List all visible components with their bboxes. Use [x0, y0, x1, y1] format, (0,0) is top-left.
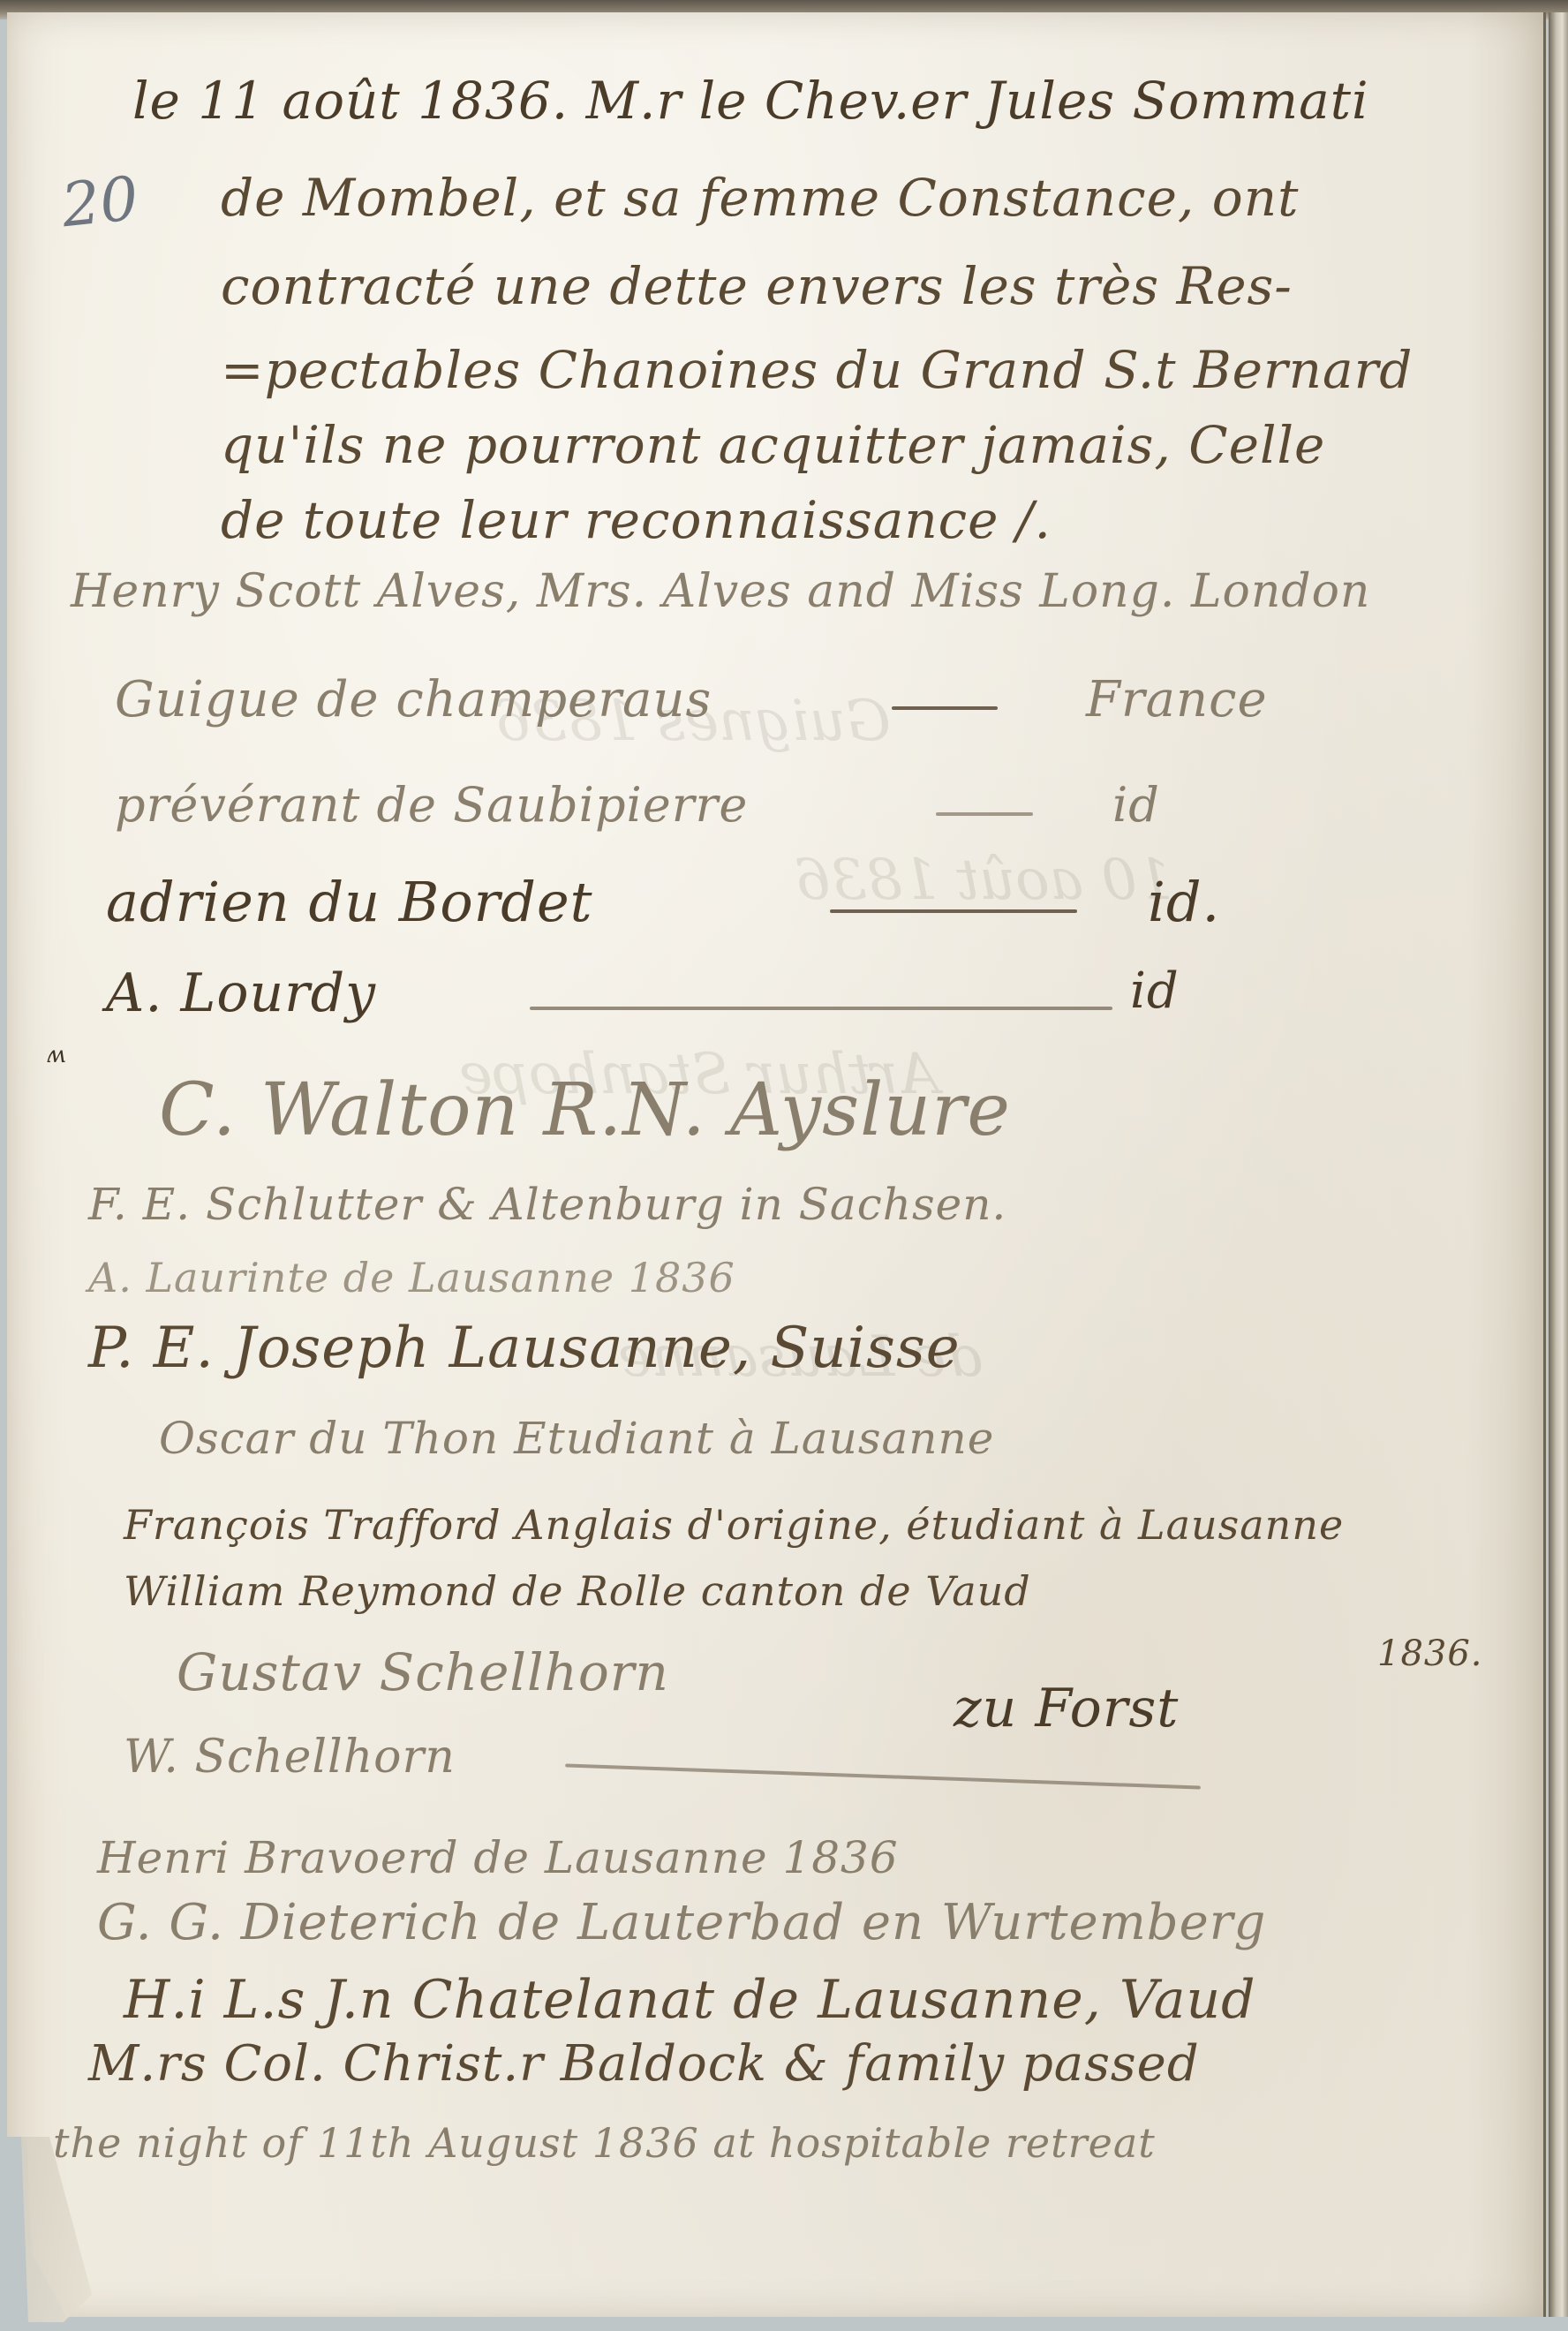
- entry-line: de Mombel, et sa femme Constance, ont: [221, 168, 1299, 228]
- book-spine: [1549, 12, 1568, 2317]
- ditto-dash: [936, 812, 1033, 816]
- entry-line: William Reymond de Rolle canton de Vaud: [124, 1567, 1031, 1615]
- entry-country: id.: [1148, 870, 1220, 934]
- entry-line: Gustav Schellhorn: [177, 1642, 669, 1702]
- entry-line: prévérant de Saubipierre: [115, 777, 748, 833]
- entry-line: M.rs Col. Christ.r Baldock & family pass…: [88, 2035, 1200, 2093]
- entry-line: qu'ils ne pourront acquitter jamais, Cel…: [221, 415, 1325, 475]
- entry-line: adrien du Bordet: [106, 870, 593, 934]
- entry-line: François Trafford Anglais d'origine, étu…: [124, 1501, 1344, 1549]
- entry-line: Henri Bravoerd de Lausanne 1836: [97, 1832, 899, 1883]
- entry-country: id: [1130, 962, 1180, 1020]
- entry-line: H.i L.s J.n Chatelanat de Lausanne, Vaud: [124, 1969, 1256, 2031]
- ditto-dash: [830, 909, 1077, 913]
- entry-line: de toute leur reconnaissance /.: [221, 490, 1052, 550]
- bleed-through-text: 10 août 1836: [795, 848, 1173, 913]
- entry-line: Henry Scott Alves, Mrs. Alves and Miss L…: [71, 565, 1370, 618]
- entry-line: A. Lourdy: [106, 962, 376, 1024]
- entry-line: P. E. Joseph Lausanne, Suisse: [88, 1316, 961, 1381]
- ditto-dash: [892, 706, 998, 710]
- entry-country: France: [1086, 671, 1268, 728]
- entry-country: id: [1112, 777, 1160, 833]
- entry-line: C. Walton R.N. Ayslure: [159, 1068, 1011, 1152]
- ditto-dash: [530, 1007, 1112, 1010]
- entry-line: le 11 août 1836. M.r le Chev.er Jules So…: [132, 71, 1369, 131]
- entry-year: 1836.: [1377, 1633, 1483, 1674]
- folio-number: 20: [58, 164, 141, 242]
- entry-line: F. E. Schlutter & Altenburg in Sachsen.: [88, 1179, 1006, 1230]
- entry-line: =pectables Chanoines du Grand S.t Bernar…: [221, 340, 1413, 400]
- entry-line: A. Laurinte de Lausanne 1836: [88, 1254, 735, 1301]
- entry-line: Oscar du Thon Etudiant à Lausanne: [159, 1413, 994, 1464]
- entry-line: contracté une dette envers les très Res-: [221, 256, 1293, 316]
- margin-mark: ʍ: [46, 1042, 65, 1068]
- entry-line: Guigue de champeraus: [115, 671, 712, 728]
- entry-line: the night of 11th August 1836 at hospita…: [53, 2119, 1156, 2167]
- entry-line: W. Schellhorn: [124, 1731, 456, 1784]
- entry-line: G. G. Dieterich de Lauterbad en Wurtembe…: [97, 1894, 1266, 1951]
- entry-place: zu Forst: [954, 1678, 1179, 1739]
